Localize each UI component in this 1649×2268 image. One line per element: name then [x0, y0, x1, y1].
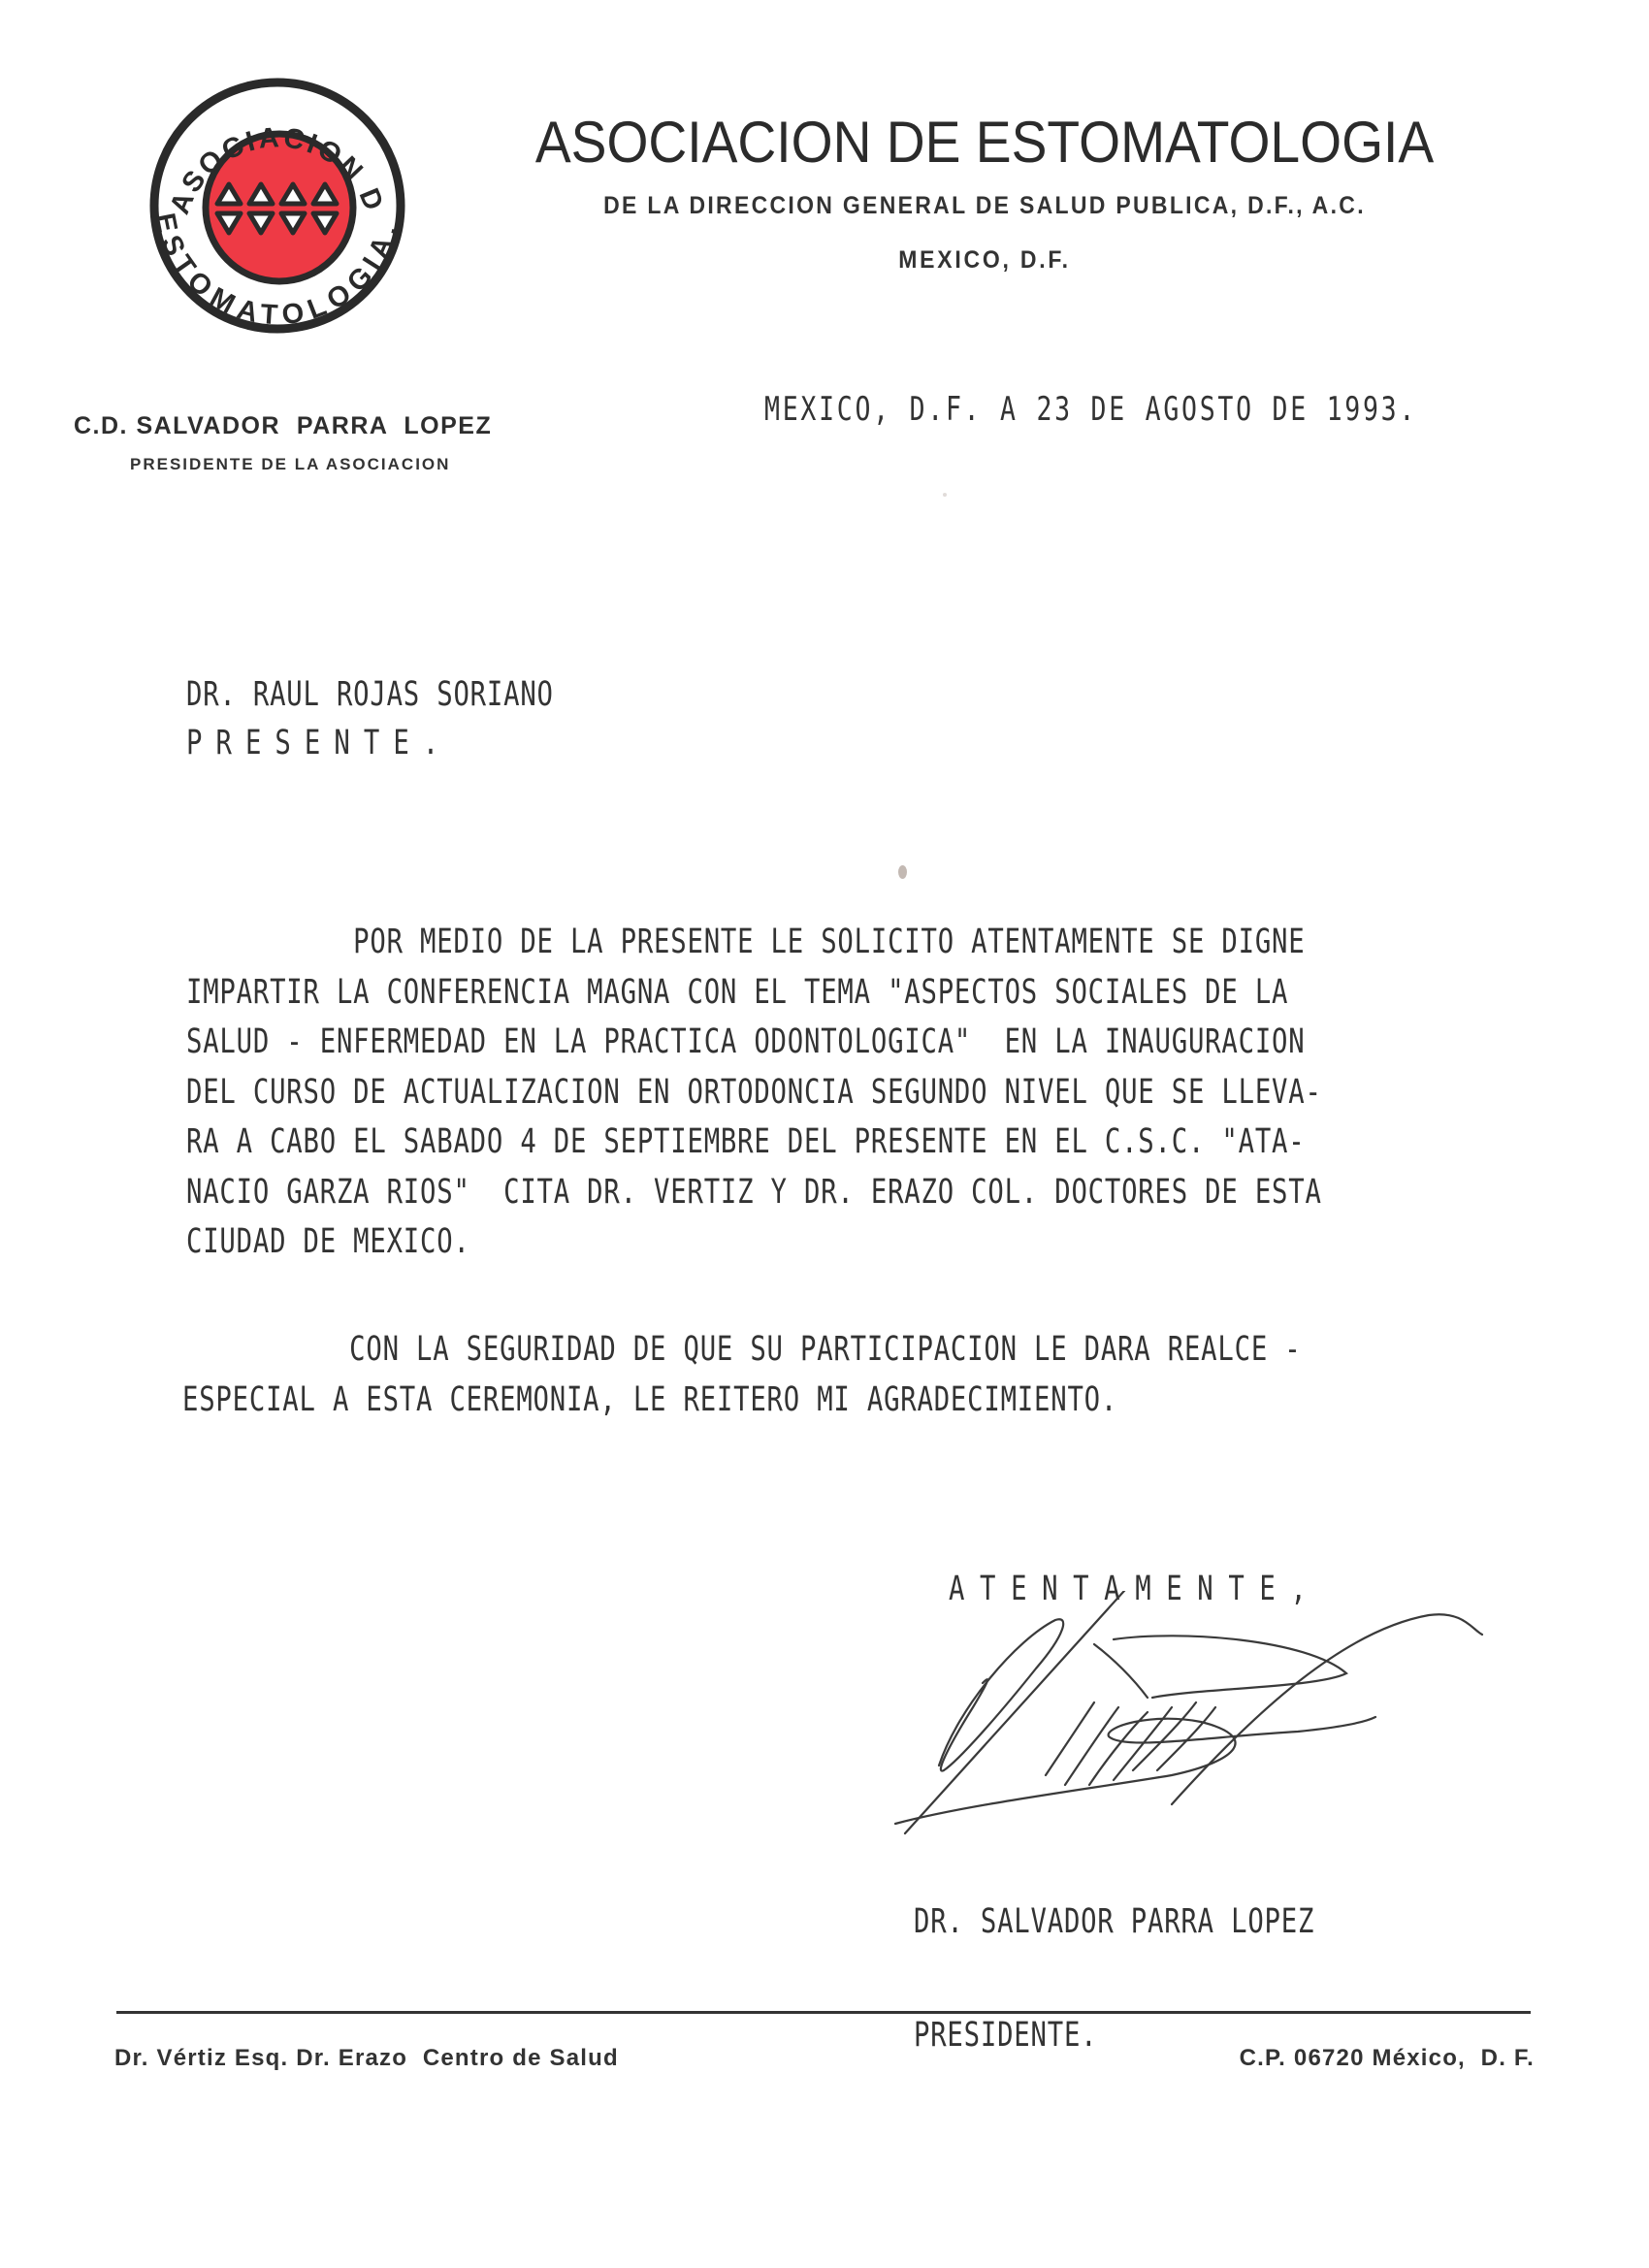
footer-postal: C.P. 06720 México, D. F. [1240, 2045, 1535, 2072]
footer-divider [116, 2011, 1531, 2014]
organization-city: MEXICO, D.F. [507, 246, 1462, 275]
sign-off: ATENTAMENTE, [949, 1570, 1321, 1608]
letter-line: NACIO GARZA RIOS" CITA DR. VERTIZ Y DR. … [186, 1168, 1322, 1218]
letter-line: ESPECIAL A ESTA CEREMONIA, LE REITERO MI… [182, 1376, 1301, 1426]
signer-name: DR. SALVADOR PARRA LOPEZ [914, 1903, 1314, 1941]
organization-subtitle: DE LA DIRECCION GENERAL DE SALUD PUBLICA… [507, 192, 1462, 220]
letter-body: POR MEDIO DE LA PRESENTE LE SOLICITO ATE… [186, 918, 1322, 1268]
paper-smudge [898, 865, 907, 879]
letter-line: SALUD - ENFERMEDAD EN LA PRACTICA ODONTO… [186, 1018, 1322, 1068]
addressee: DR. RAUL ROJAS SORIANO [186, 675, 554, 714]
association-seal-icon: ASOCIACION DE ESTOMATOLOGIA, A.C. [147, 76, 407, 336]
letter-line: RA A CABO EL SABADO 4 DE SEPTIEMBRE DEL … [186, 1118, 1322, 1168]
letter-line: CON LA SEGURIDAD DE QUE SU PARTICIPACION… [182, 1325, 1301, 1376]
paper-smudge [943, 493, 947, 497]
president-name: C.D. SALVADOR PARRA LOPEZ [74, 412, 492, 440]
letter-date: MEXICO, D.F. A 23 DE AGOSTO DE 1993. [764, 390, 1417, 429]
organization-title: ASOCIACION DE ESTOMATOLOGIA [507, 109, 1462, 176]
footer-address: Dr. Vértiz Esq. Dr. Erazo Centro de Salu… [114, 2045, 619, 2072]
signature-icon [890, 1591, 1511, 1853]
letter-line: POR MEDIO DE LA PRESENTE LE SOLICITO ATE… [186, 918, 1322, 968]
letter-closing: CON LA SEGURIDAD DE QUE SU PARTICIPACION… [182, 1325, 1301, 1425]
president-title: PRESIDENTE DE LA ASOCIACION [130, 455, 450, 474]
letter-line: DEL CURSO DE ACTUALIZACION EN ORTODONCIA… [186, 1068, 1322, 1118]
letter-line: CIUDAD DE MEXICO. [186, 1217, 1322, 1268]
presente-line: PRESENTE. [186, 724, 452, 762]
letter-line: IMPARTIR LA CONFERENCIA MAGNA CON EL TEM… [186, 968, 1322, 1019]
